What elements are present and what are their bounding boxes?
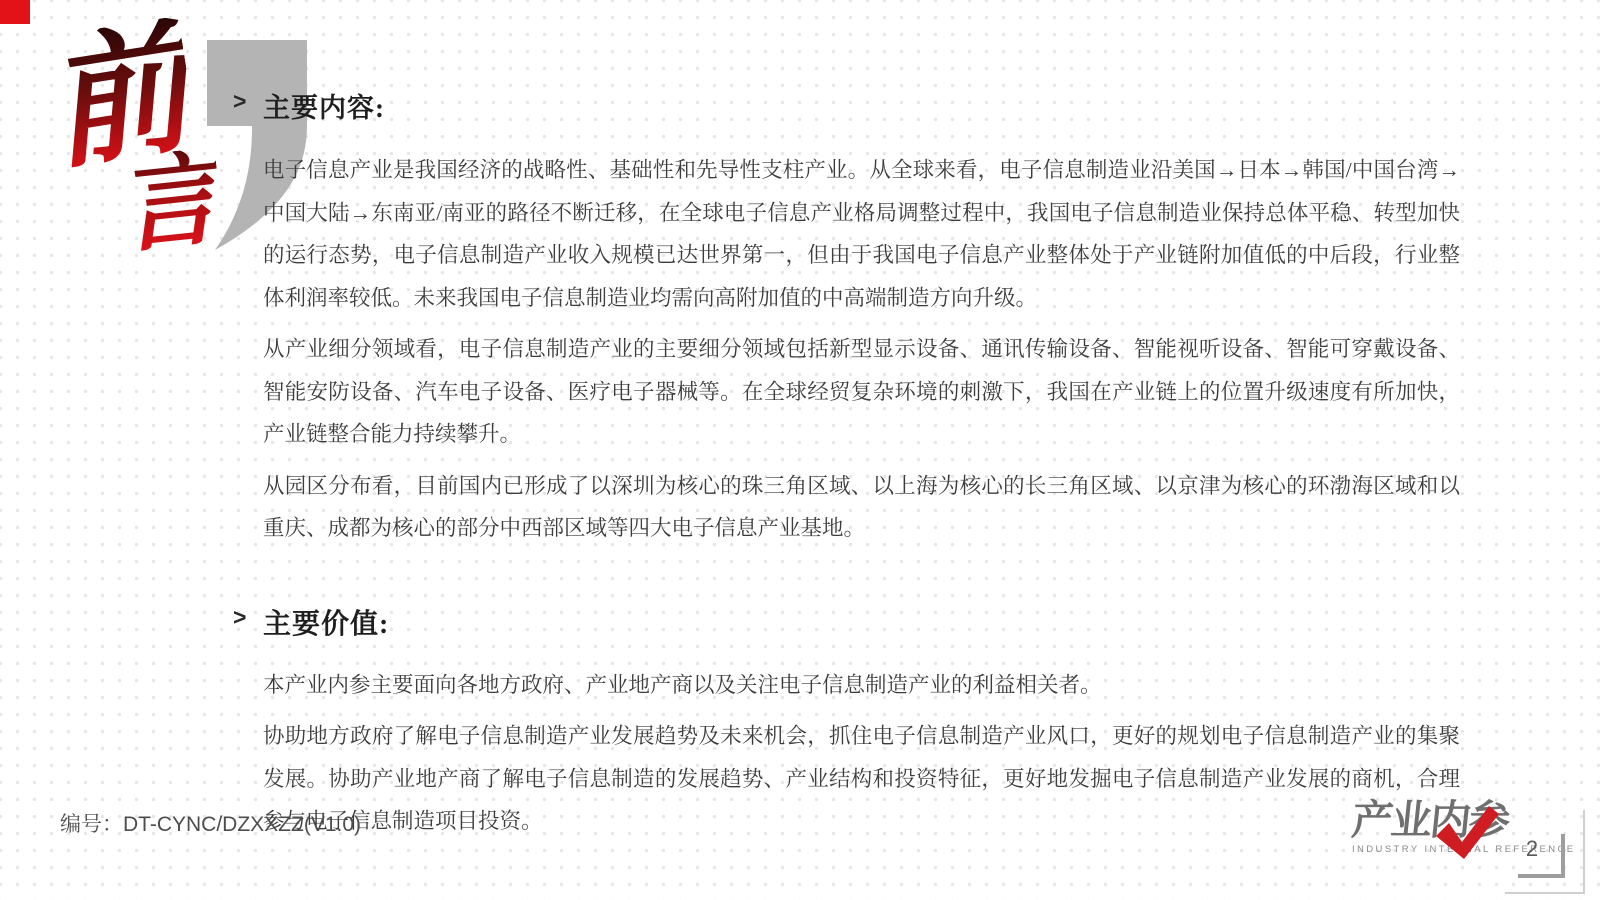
corner-accent-square xyxy=(0,0,30,24)
chevron-marker-icon: > xyxy=(233,88,246,115)
checkmark-icon xyxy=(1434,806,1500,860)
content-column: > 主要内容: 电子信息产业是我国经济的战略性、基础性和先导性支柱产业。从全球来… xyxy=(263,86,1460,852)
section-heading: 主要内容: xyxy=(263,86,385,125)
section-heading-row: > 主要价值: xyxy=(263,602,1460,642)
paragraph: 电子信息产业是我国经济的战略性、基础性和先导性支柱产业。从全球来看，电子信息制造… xyxy=(263,149,1460,319)
title-char-qian: 前 xyxy=(38,16,200,178)
page-number: 2 xyxy=(1512,836,1552,862)
page-corner-line-vertical xyxy=(1583,810,1585,894)
section-main-value: > 主要价值: 本产业内参主要面向各地方政府、产业地产商以及关注电子信息制造产业… xyxy=(263,602,1460,843)
page-corner-line-horizontal xyxy=(1505,892,1585,894)
paragraph: 从园区分布看，目前国内已形成了以深圳为核心的珠三角区域、以上海为核心的长三角区域… xyxy=(263,465,1460,550)
document-page: 前 言 > 主要内容: 电子信息产业是我国经济的战略性、基础性和先导性支柱产业。… xyxy=(0,0,1600,900)
section-heading: 主要价值: xyxy=(263,602,389,642)
paragraph: 从产业细分领域看，电子信息制造产业的主要细分领域包括新型显示设备、通讯传输设备、… xyxy=(263,328,1460,456)
chevron-marker-icon: > xyxy=(233,604,246,631)
section-heading-row: > 主要内容: xyxy=(263,86,1460,125)
page-number-bracket-vertical xyxy=(1561,834,1565,878)
section-main-content: > 主要内容: 电子信息产业是我国经济的战略性、基础性和先导性支柱产业。从全球来… xyxy=(263,86,1460,550)
document-code: 编号：DT-CYNC/DZXXZZ(V1.0) xyxy=(60,808,361,838)
brand-logo: 产业内参 INDUSTRY INTERNAL REFERENCE xyxy=(1352,800,1592,855)
paragraph: 协助地方政府了解电子信息制造产业发展趋势及未来机会，抓住电子信息制造产业风口，更… xyxy=(263,715,1460,843)
paragraph: 本产业内参主要面向各地方政府、产业地产商以及关注电子信息制造产业的利益相关者。 xyxy=(263,664,1460,707)
page-number-bracket-horizontal xyxy=(1518,874,1565,878)
